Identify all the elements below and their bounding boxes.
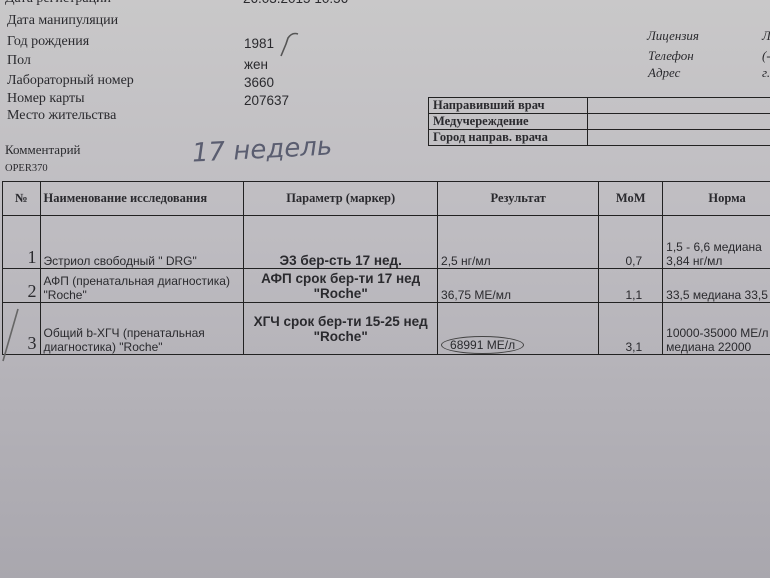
field-value-birth-year: 1981: [244, 36, 274, 51]
referral-city-value: [588, 130, 770, 146]
circled-result: 68991 МЕ/л: [441, 336, 524, 354]
table-row: 1 Эстриол свободный " DRG" Э3 бер-сть 17…: [3, 216, 770, 269]
referral-table: Направивший врач Медучереждение Город на…: [428, 97, 770, 146]
field-label-card-number: Номер карты: [7, 91, 85, 107]
license-value: Л: [762, 28, 770, 44]
row-test-name: АФП (пренатальная диагностика) "Roche": [40, 269, 244, 303]
registration-date-value: 26.03.2015 10:56: [243, 0, 348, 6]
row-mom: 0,7: [599, 216, 663, 269]
comment-code: OPER370: [5, 163, 48, 174]
phone-value: (-: [762, 48, 770, 64]
registration-date-label: Дата регистрации: [5, 0, 111, 7]
field-label-residence: Место жительства: [7, 108, 116, 124]
field-value-sex: жен: [244, 57, 268, 72]
handwritten-check-icon: [0, 305, 26, 365]
row-norm: 10000-35000 МЕ/л медиана 22000: [663, 303, 770, 355]
field-label-sex: Пол: [7, 53, 31, 69]
row-parameter-line2: "Roche": [247, 286, 434, 301]
referral-row: Медучереждение: [429, 114, 770, 130]
column-header-number: №: [3, 182, 41, 216]
referral-doctor-label: Направивший врач: [429, 98, 588, 114]
row-parameter-line1: ХГЧ срок бер-ти 15-25 нед: [247, 314, 434, 329]
field-value-lab-number: 3660: [244, 75, 274, 90]
row-parameter: ХГЧ срок бер-ти 15-25 нед"Roche": [244, 303, 438, 355]
column-header-result: Результат: [438, 182, 599, 216]
field-label-lab-number: Лабораторный номер: [7, 73, 134, 89]
row-parameter-line2: "Roche": [247, 329, 434, 344]
phone-label: Телефон: [648, 48, 694, 64]
referral-row: Город направ. врача: [429, 130, 770, 146]
row-parameter-line1: Э3 бер-сть 17 нед.: [280, 253, 402, 268]
row-parameter-line1: АФП срок бер-ти 17 нед: [247, 271, 434, 286]
row-parameter: АФП срок бер-ти 17 нед"Roche": [244, 269, 438, 303]
referral-institution-label: Медучереждение: [429, 114, 588, 130]
table-row: 3 Общий b-ХГЧ (пренатальная диагностика)…: [3, 303, 770, 355]
row-mom: 3,1: [599, 303, 663, 355]
checkmark-icon: [278, 30, 308, 60]
row-result: 68991 МЕ/л: [438, 303, 599, 355]
column-header-parameter: Параметр (маркер): [244, 182, 438, 216]
row-norm: 33,5 медиана 33,5: [663, 269, 770, 303]
referral-doctor-value: [588, 98, 770, 114]
row-parameter: Э3 бер-сть 17 нед.: [244, 216, 438, 269]
row-norm: 1,5 - 6,6 медиана 3,84 нг/мл: [663, 216, 770, 269]
results-table: № Наименование исследования Параметр (ма…: [2, 181, 770, 355]
referral-row: Направивший врач: [429, 98, 770, 114]
field-label-birth-year: Год рождения: [7, 34, 89, 50]
handwritten-comment: 17 недель: [191, 131, 333, 168]
referral-city-label: Город направ. врача: [429, 130, 588, 146]
row-test-name: Общий b-ХГЧ (пренатальная диагностика) "…: [40, 303, 244, 355]
row-test-name: Эстриол свободный " DRG": [40, 216, 244, 269]
row-number: 2: [3, 269, 41, 303]
license-label: Лицензия: [647, 28, 699, 44]
row-result: 36,75 МЕ/мл: [438, 269, 599, 303]
row-mom: 1,1: [599, 269, 663, 303]
row-number: 1: [3, 216, 41, 269]
row-result: 2,5 нг/мл: [438, 216, 599, 269]
field-label-manipulation-date: Дата манипуляции: [7, 13, 118, 29]
results-header-row: № Наименование исследования Параметр (ма…: [3, 182, 770, 216]
referral-institution-value: [588, 114, 770, 130]
address-value: г.: [762, 65, 770, 81]
column-header-test-name: Наименование исследования: [40, 182, 244, 216]
table-row: 2 АФП (пренатальная диагностика) "Roche"…: [3, 269, 770, 303]
address-label: Адрес: [648, 65, 680, 81]
field-value-card-number: 207637: [244, 93, 289, 108]
comment-label: Комментарий: [5, 142, 80, 158]
column-header-mom: МоМ: [599, 182, 663, 216]
column-header-norm: Норма: [663, 182, 770, 216]
